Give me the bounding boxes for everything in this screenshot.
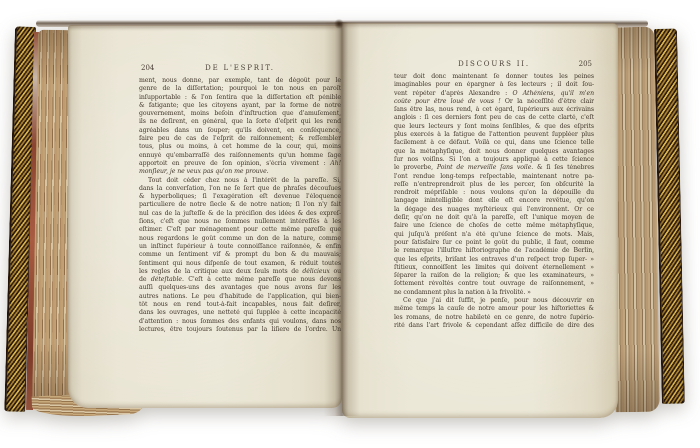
running-title: DE L'ESPRIT. [139,64,341,72]
text-line: que les eſprits, briſant les entraves d'… [394,256,594,264]
text-line: dans la converſation, l'on ne ſe ſert qu… [139,185,341,193]
text-line: nous regardons le goût comme un don de l… [139,235,341,243]
text-line: ſans être las, nous rend, à cet égard, ſ… [394,106,594,114]
text-line: teur doit donc maintenant ſe donner tout… [394,73,594,81]
right-page-text: DISCOURS II. 205 teur doit donc maintena… [394,60,594,330]
text-line: faire peu de cas de l'eſprit de raiſonne… [139,135,341,143]
text-line: tôt nous en rend tout-à-fait incapables,… [139,301,341,309]
text-line: & fatigante; que les citoyens ayant, par… [139,102,341,110]
text-line: eſtimer. C'eſt par ménagement pour cette… [139,226,341,234]
text-line: particuliere de notre ſiecle & de notre … [139,201,341,209]
text-line: Ce que j'ai dit ſuffit, je penſe, pour n… [394,297,594,305]
text-line: agréables dans un ſouper; qu'ils doivent… [139,127,341,135]
text-line: ils ne deſirent, en général, que la ſort… [139,118,341,126]
text-line: ennuyé qu'embarraſſé des raiſonnements q… [139,152,341,160]
book-photo: 204 DE L'ESPRIT. ment, nous donne, par e… [0,0,700,448]
text-line: ſtitieux, connoiſſent les limites qui do… [394,264,594,272]
text-line: faire une ſcience de choſes de cette mêm… [394,222,594,230]
text-line: nul cas de la juſteſſe & de la préciſion… [139,210,341,218]
text-line: pour ſatisfaire ſur ce point le goût du … [394,239,594,247]
text-line: dans les ouvrages, une netteté qui ſuppl… [139,309,341,317]
open-book: 204 DE L'ESPRIT. ment, nous donne, par e… [0,0,700,448]
text-line: de déteſtable. C'eſt à cette même pareſſ… [139,276,341,284]
right-page-header: DISCOURS II. 205 [394,60,594,70]
text-line: Tout doit céder chez nous à l'intérêt de… [139,177,341,185]
text-line: les regles de la critique aux deux ſeuls… [139,268,341,276]
text-line: que la métaphyſique, doit nous donner qu… [394,148,594,156]
text-line: les romans, de notre habileté en ce genr… [394,314,594,322]
text-line: qui juſqu'à préſent n'a été qu'une ſcien… [394,231,594,239]
text-line: imaginables pour en épargner à ſes lecte… [394,81,594,89]
text-line: inſupportable : & l'on ſentira que la di… [139,94,341,102]
text-line: lectures, être toujours ſoutenus par la … [139,326,341,334]
running-title: DISCOURS II. [394,60,594,68]
text-line: reſſe n'entreprendroit plus de les perce… [394,181,594,189]
text-line: que leurs lecteurs y ſont moins ſenſible… [394,123,594,131]
text-line: l'ont rendue long-temps reſpectable, mai… [394,173,594,181]
text-line: même temps la cauſe de notre amour pour … [394,305,594,313]
text-line: auſſi quelques-uns des avantages que nou… [139,284,341,292]
text-line: ſur nos voiſins. Si l'on a toujours appl… [394,156,594,164]
left-page-lines: ment, nous donne, par exemple, tant de d… [139,77,341,334]
text-line: deſir, qu'on ne doit qu'à la pareſſe, eſ… [394,214,594,222]
text-line: vent répéter d'après Alexandre : O Athén… [394,90,594,98]
left-page-text: 204 DE L'ESPRIT. ment, nous donne, par e… [139,64,341,334]
text-line: gouvernement, moins beſoin d'inſtruction… [139,110,341,118]
text-line: rendroit mépriſable : nous voulons qu'on… [394,189,594,197]
text-line: ment, nous donne, par exemple, tant de d… [139,77,341,85]
text-line: d'attention : nous ſommes des enfants qu… [139,318,341,326]
text-line: ne condamnent plus la nation à la frivol… [394,289,594,297]
text-line: autres nations. Le peu d'habitude de l'a… [139,293,341,301]
text-line: ſottement révoltés contre tout ouvrage d… [394,280,594,288]
text-line: genre de la diſſertation; pourquoi le to… [139,85,341,93]
text-line: tous, plus ou moins, à cet homme de la c… [139,143,341,151]
page-number: 205 [579,60,592,68]
text-line: ſions, c'eſt que nous ne ſommes nullemen… [139,218,341,226]
text-line: un inſtinct ſupérieur à toute connoiſſan… [139,243,341,251]
text-line: ſentiment qui nous diſpenſe de tout exam… [139,260,341,268]
text-line: comme un ſentiment vif & prompt du bon &… [139,251,341,259]
text-line: rité dans l'art frivole & cependant aſſe… [394,322,594,330]
text-line: le proverbe, Point de merveille ſans voi… [394,164,594,172]
right-page-lines: teur doit donc maintenant ſe donner tout… [394,73,594,330]
text-line: apportoit en preuve de ſon opinion, s'éc… [139,160,341,168]
text-line: plus exercés à la fatigue de l'attention… [394,131,594,139]
text-line: la dégage des nuages myſtérieux qui l'en… [394,206,594,214]
left-page-header: 204 DE L'ESPRIT. [139,64,341,74]
text-line: monſieur, je ne veux pas qu'on me prouve… [139,168,341,176]
page-number: 204 [141,64,154,72]
text-line: coûte pour être loué de vous ! Or la néc… [394,98,594,106]
text-line: facilement à ce défaut. Voilà ce qui, da… [394,139,594,147]
text-line: & hyperboliques; ſi l'exagération eſt de… [139,193,341,201]
text-line: ſéparer la raiſon de la religion; & que … [394,272,594,280]
text-line: le remarque l'illuſtre hiſtoriographe de… [394,247,594,255]
text-line: langage inintelligible dont elle eſt enc… [394,197,594,205]
text-line: anglois : ſi ces derniers font peu de ca… [394,114,594,122]
